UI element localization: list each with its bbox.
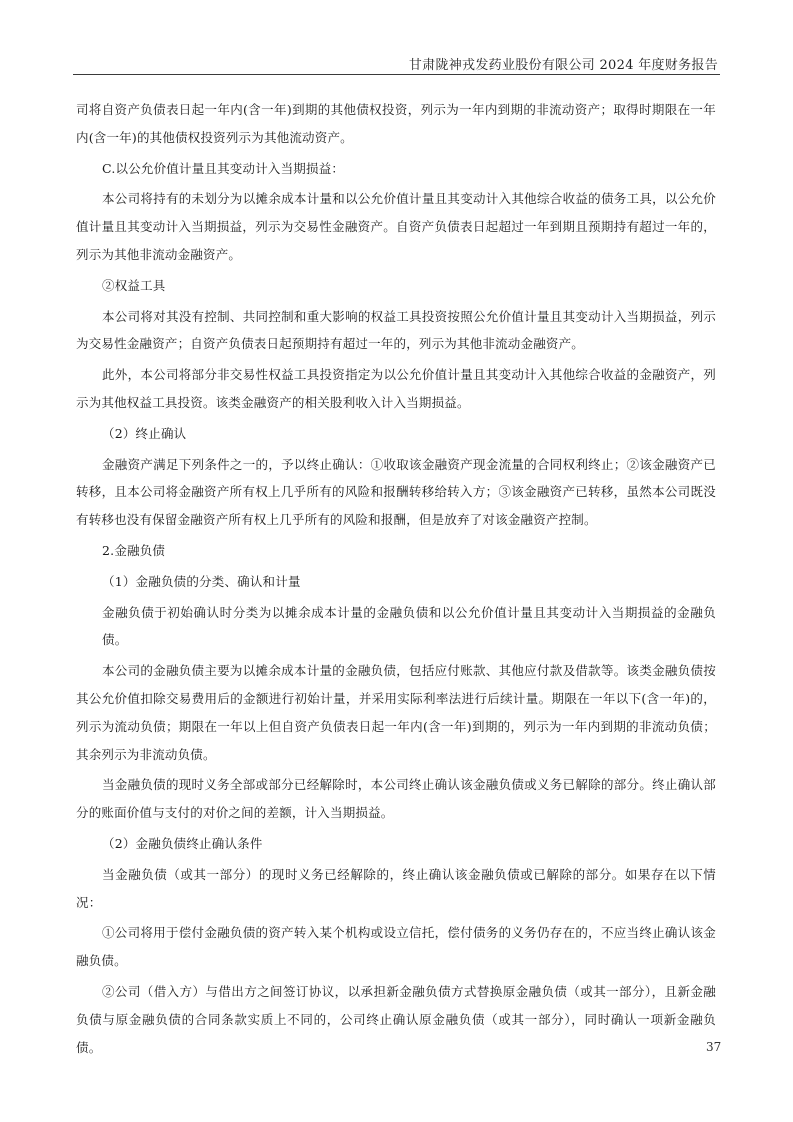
paragraph-liability-derecognition: 当金融负债的现时义务全部或部分已经解除时，本公司终止确认该金融负债或义务已解除的… [76, 771, 716, 827]
page-number: 37 [706, 1040, 721, 1054]
page-header: 甘肃陇神戎发药业股份有限公司 2024 年度财务报告 [73, 50, 720, 75]
document-body: 司将自资产负债表日起一年内(含一年)到期的其他债权投资，列示为一年内到期的非流动… [76, 96, 716, 1064]
heading-equity-instruments: ②权益工具 [76, 272, 716, 300]
paragraph-derecognition: 金融资产满足下列条件之一的，予以终止确认：①收取该金融资产现金流量的合同权利终止… [76, 451, 716, 534]
paragraph-equity-instruments: 本公司将对其没有控制、共同控制和重大影响的权益工具投资按照公允价值计量且其变动计… [76, 303, 716, 359]
report-title: 甘肃陇神戎发药业股份有限公司 2024 年度财务报告 [409, 54, 718, 73]
paragraph-liability-initial-recognition: 金融负债于初始确认时分类为以摊余成本计量的金融负债和以公允价值计量且其变动计入当… [76, 599, 716, 655]
heading-liability-derecognition-conditions: （2）金融负债终止确认条件 [76, 830, 716, 858]
paragraph-condition-1: ①公司将用于偿付金融负债的资产转入某个机构或设立信托，偿付债务的义务仍存在的，不… [76, 919, 716, 975]
paragraph-derecognition-conditions-intro: 当金融负债（或其一部分）的现时义务已经解除的，终止确认该金融负债或已解除的部分。… [76, 861, 716, 917]
heading-liability-classification: （1）金融负债的分类、确认和计量 [76, 568, 716, 596]
paragraph-other-debt-investment: 司将自资产负债表日起一年内(含一年)到期的其他债权投资，列示为一年内到期的非流动… [76, 96, 716, 152]
paragraph-condition-2: ②公司（借入方）与借出方之间签订协议，以承担新金融负债方式替换原金融负债（或其一… [76, 978, 716, 1061]
paragraph-other-equity-investment: 此外，本公司将部分非交易性权益工具投资指定为以公允价值计量且其变动计入其他综合收… [76, 361, 716, 417]
paragraph-amortized-cost-liabilities: 本公司的金融负债主要为以摊余成本计量的金融负债，包括应付账款、其他应付款及借款等… [76, 657, 716, 768]
heading-derecognition: （2）终止确认 [76, 420, 716, 448]
heading-fvtpl: C.以公允价值计量且其变动计入当期损益： [76, 155, 716, 183]
heading-financial-liabilities: 2.金融负债 [76, 537, 716, 565]
paragraph-fvtpl: 本公司将持有的未划分为以摊余成本计量和以公允价值计量且其变动计入其他综合收益的债… [76, 185, 716, 268]
